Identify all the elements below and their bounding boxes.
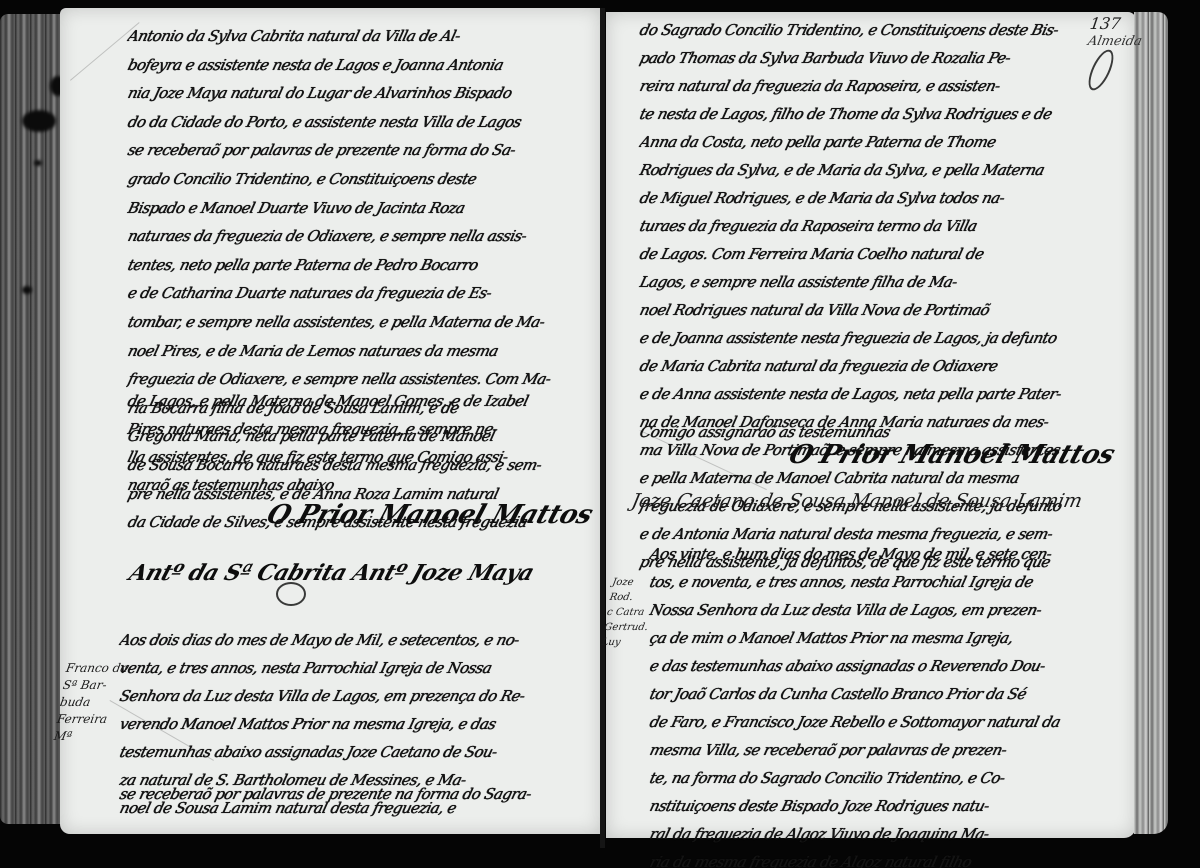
text-line: te, na forma do Sagrado Concilio Trident… [647, 764, 1084, 792]
text-line: Senhora da Luz desta Villa de Lagos, em … [117, 682, 572, 710]
text-line: tentes, neto pella parte Paterna de Pedr… [124, 251, 571, 280]
text-line: naturaes da freguezia de Odiaxere, e sem… [124, 222, 571, 251]
text-line: naraõ as testemunhas abaixo [125, 471, 572, 499]
text-line: testemunhas abaixo assignadas Joze Caeta… [117, 738, 572, 766]
text-line: bofeyra e assistente nesta de Lagos e Jo… [124, 51, 571, 80]
text-line: te nesta de Lagos, filho de Thome da Syl… [637, 100, 1084, 128]
text-line: se receberaõ por palavras de prezente na… [117, 780, 572, 808]
margin-note-line: c Catra [606, 605, 649, 620]
text-line: tos, e noventa, e tres annos, nesta Parr… [647, 568, 1084, 596]
text-line: ça de mim o Manoel Mattos Prior na mesma… [647, 624, 1084, 652]
text-line: grado Concilio Tridentino, e Constituiço… [124, 165, 571, 194]
text-line: mesma Villa, se receberaõ por palavras d… [647, 736, 1084, 764]
ink-blot [22, 286, 32, 294]
text-line: venta, e tres annos, nesta Parrochial Ig… [117, 654, 572, 682]
text-line: Rodrigues da Sylva, e de Maria da Sylva,… [637, 156, 1084, 184]
text-line: lla assistentes, de que fiz este termo q… [125, 443, 572, 471]
text-line: ral da freguezia de Algoz Viuvo de Joaqu… [647, 820, 1084, 848]
margin-note-line: Mª [53, 728, 120, 745]
left-entry-1-cont: de Lagos, e pella Materna de Manoel Gome… [128, 387, 568, 499]
text-line: Pires naturaes desta mesma freguezia, e … [125, 415, 572, 443]
text-line: ria da mesma freguezia de Algoz natural … [647, 848, 1084, 868]
text-line: de Lagos, e pella Materna de Manoel Gome… [125, 387, 572, 415]
text-line: se receberaõ por palavras de prezente na… [124, 136, 571, 165]
text-line: do Sagrado Concilio Tridentino, e Consti… [637, 16, 1084, 44]
text-line: tombar, e sempre nella assistentes, e pe… [124, 308, 571, 337]
text-line: de Maria Cabrita natural da freguezia de… [637, 352, 1084, 380]
book-spread: 137 Almeida Antonio da Sylva Cabrita nat… [0, 0, 1200, 868]
text-line: Lagos, e sempre nella assistente filha d… [637, 268, 1084, 296]
gutter-spine [600, 8, 605, 848]
running-head: Almeida [1086, 34, 1143, 49]
text-line: e das testemunhas abaixo assignadas o Re… [647, 652, 1084, 680]
text-line: de Miguel Rodrigues, e de Maria da Sylva… [637, 184, 1084, 212]
text-line: e de Catharina Duarte naturaes da fregue… [124, 279, 571, 308]
text-line: de Faro, e Francisco Joze Rebello e Sott… [647, 708, 1084, 736]
text-line: nia Joze Maya natural do Lugar de Alvari… [124, 79, 571, 108]
text-line: verendo Manoel Mattos Prior na mesma Igr… [117, 710, 572, 738]
text-line: Aos dois dias do mes de Mayo de Mil, e s… [117, 626, 572, 654]
text-line: pado Thomas da Sylva Barbuda Viuvo de Ro… [637, 44, 1084, 72]
ink-blot [22, 110, 56, 132]
folio-number: 137 [1089, 14, 1122, 33]
text-line: tor Joaõ Carlos da Cunha Castello Branco… [647, 680, 1084, 708]
margin-note-line: Ferreira [56, 711, 123, 728]
text-line: do da Cidade do Porto, e assistente nest… [124, 108, 571, 137]
text-line: e de Anna assistente nesta de Lagos, net… [637, 380, 1084, 408]
right-fore-edge [1134, 12, 1168, 834]
left-entry-2-cont: se receberaõ por palavras de prezente na… [120, 780, 568, 808]
right-entry-2: Aos vinte, e hum dias do mes de Mayo de … [650, 540, 1080, 868]
text-line: noel Rodrigues natural da Villa Nova de … [637, 296, 1084, 324]
text-line: Nossa Senhora da Luz desta Villa de Lago… [647, 596, 1084, 624]
margin-note-line: Gertrud. [603, 620, 646, 635]
prior-signature-right: O Prior Manoel Mattos [785, 440, 1118, 470]
text-line: nstituiçoens deste Bispado Joze Rodrigue… [647, 792, 1084, 820]
text-line: Bispado e Manoel Duarte Viuvo de Jacinta… [124, 194, 571, 223]
text-line: de Lagos. Com Ferreira Maria Coelho natu… [637, 240, 1084, 268]
text-line: Anna da Costa, neto pella parte Paterna … [637, 128, 1084, 156]
margin-note-line: buda [59, 694, 126, 711]
signature-flourish [276, 582, 306, 606]
text-line: e de Joanna assistente nesta freguezia d… [637, 324, 1084, 352]
text-line: reira natural da freguezia da Raposeira,… [637, 72, 1084, 100]
text-line: turaes da freguezia da Raposeira termo d… [637, 212, 1084, 240]
margin-note-line: Luy [600, 635, 643, 650]
left-fore-edge [0, 14, 66, 824]
entry-heading: Joze Caetano de Sousa Manoel de Sousa La… [630, 490, 1084, 512]
prior-signature-left: O Prior Manoel Mattos [263, 500, 596, 530]
text-line: noel Pires, e de Maria de Lemos naturaes… [124, 337, 571, 366]
text-line: Antonio da Sylva Cabrita natural da Vill… [124, 22, 571, 51]
witness-signatures: Antº da Sª Cabrita Antº Joze Maya [126, 560, 537, 586]
text-line: Aos vinte, e hum dias do mes de Mayo de … [647, 540, 1084, 568]
ink-blot [34, 160, 42, 166]
